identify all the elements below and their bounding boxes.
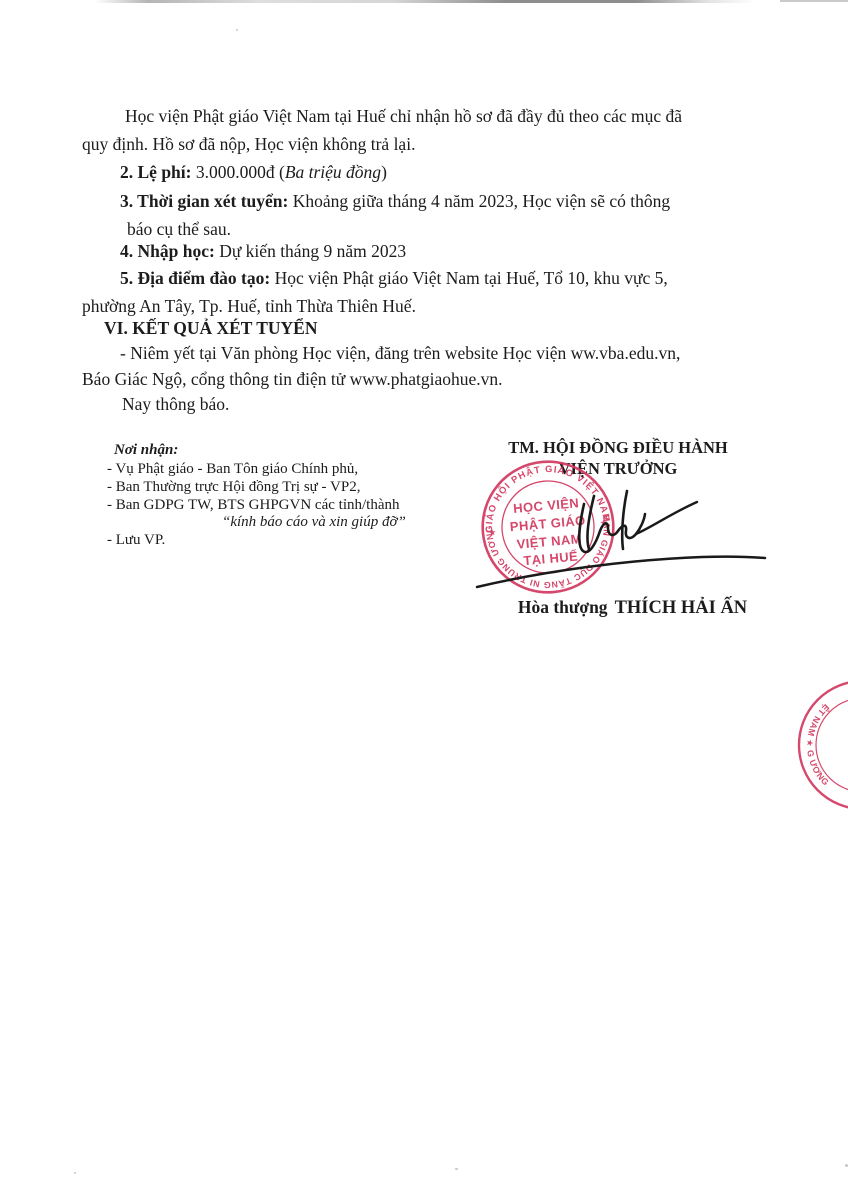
location-text: Học viện Phật giáo Việt Nam tại Huế, Tổ … — [270, 268, 668, 288]
recipient-item: - Ban Thường trực Hội đồng Trị sự - VP2, — [107, 478, 360, 496]
enrollment-item: 4. Nhập học: Dự kiến tháng 9 năm 2023 — [120, 241, 406, 262]
enrollment-text: Dự kiến tháng 9 năm 2023 — [215, 241, 406, 261]
recipient-item: - Ban GDPG TW, BTS GHPGVN các tỉnh/thành — [107, 496, 400, 514]
edge-seal-partial: ỆT NAM ★ G ƯƠNG — [783, 665, 848, 825]
schedule-item-line-1: 3. Thời gian xét tuyển: Khoảng giữa thán… — [120, 191, 670, 212]
recipients-quote: “kính báo cáo và xin giúp đỡ” — [222, 513, 406, 531]
scan-artifact-top — [95, 0, 755, 3]
fee-paren-close: ) — [381, 162, 387, 182]
signatory-authority-line: TM. HỘI ĐỒNG ĐIỀU HÀNH — [462, 438, 774, 458]
fee-label: 2. Lệ phí: — [120, 162, 191, 182]
scan-speck — [74, 1172, 76, 1174]
fee-amount: 3.000.000đ ( — [191, 162, 284, 182]
signature-stroke — [622, 491, 627, 549]
recipient-item-last: - Lưu VP. — [107, 531, 165, 549]
recipients-title: Nơi nhận: — [114, 441, 178, 459]
closing-line: Nay thông báo. — [122, 394, 229, 415]
fee-amount-words: Ba triệu đồng — [285, 162, 381, 182]
fee-item: 2. Lệ phí: 3.000.000đ (Ba triệu đồng) — [120, 162, 387, 183]
intro-line-2: quy định. Hồ sơ đã nộp, Học viện không t… — [82, 134, 415, 155]
enrollment-label: 4. Nhập học: — [120, 241, 215, 261]
signature-ink — [450, 480, 780, 595]
recipient-item: - Vụ Phật giáo - Ban Tôn giáo Chính phủ, — [107, 460, 358, 478]
schedule-item-line-2: báo cụ thể sau. — [127, 219, 231, 240]
scan-artifact-top-right — [780, 0, 848, 2]
schedule-label: 3. Thời gian xét tuyển: — [120, 191, 288, 211]
signer-name-line: Hòa thượngTHÍCH HẢI ẤN — [460, 597, 805, 619]
location-item-line-1: 5. Địa điểm đào tạo: Học viện Phật giáo … — [120, 268, 668, 289]
location-label: 5. Địa điểm đào tạo: — [120, 268, 270, 288]
section-heading-vi: VI. KẾT QUẢ XÉT TUYỂN — [104, 318, 317, 339]
signer-honorific: Hòa thượng — [518, 597, 608, 617]
edge-seal-ring-text: ỆT NAM ★ G ƯƠNG — [805, 702, 832, 787]
result-line-1: - Niêm yết tại Văn phòng Học viện, đăng … — [120, 343, 680, 364]
signature-stroke — [588, 496, 594, 549]
schedule-text: Khoảng giữa tháng 4 năm 2023, Học viện s… — [288, 191, 670, 211]
intro-line-1: Học viện Phật giáo Việt Nam tại Huế chỉ … — [125, 106, 682, 127]
signer-name: THÍCH HẢI ẤN — [615, 598, 748, 618]
scan-speck — [455, 1168, 458, 1170]
document-page: Học viện Phật giáo Việt Nam tại Huế chỉ … — [0, 0, 848, 1200]
location-item-line-2: phường An Tây, Tp. Huế, tỉnh Thừa Thiên … — [82, 296, 416, 317]
signature-underline — [477, 557, 765, 587]
scan-speck — [236, 29, 238, 31]
result-line-2: Báo Giác Ngộ, cổng thông tin điện tử www… — [82, 369, 503, 390]
